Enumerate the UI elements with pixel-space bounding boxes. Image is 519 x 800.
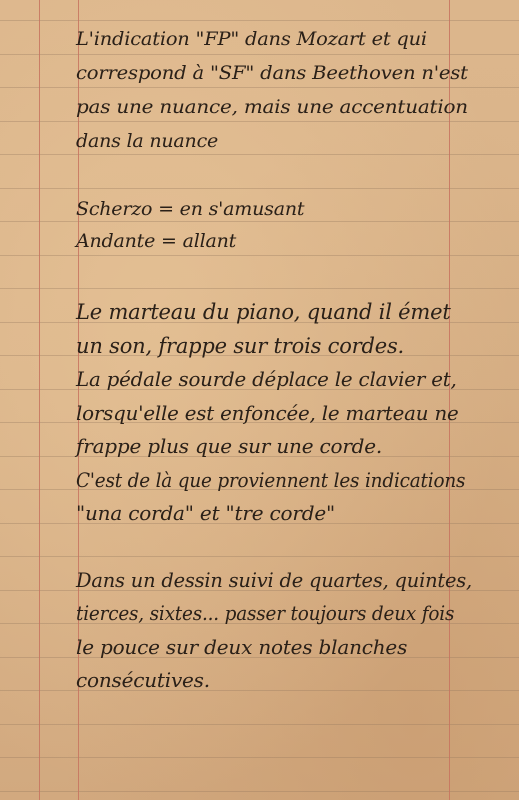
text-line: dans la nuance (76, 130, 218, 152)
text-line: un son, frappe sur trois cordes. (76, 334, 404, 358)
margin-line-right (449, 0, 450, 800)
text-line: le pouce sur deux notes blanches (76, 635, 407, 659)
text-line: Andante = allant (76, 230, 236, 252)
text-line: lorsqu'elle est enfoncée, le marteau ne (76, 401, 459, 425)
text-line: tierces, sixtes... passer toujours deux … (76, 601, 454, 625)
text-line: L'indication "FP" dans Mozart et qui (76, 28, 427, 50)
text-line: Scherzo = en s'amusant (76, 198, 304, 220)
text-line: pas une nuance, mais une accentuation (76, 96, 468, 118)
margin-line-left-outer (39, 0, 40, 800)
text-line: consécutives. (76, 668, 210, 692)
text-line: C'est de là que proviennent les indicati… (76, 468, 465, 492)
notebook-page: L'indication "FP" dans Mozart et qui cor… (0, 0, 519, 800)
text-line: La pédale sourde déplace le clavier et, (76, 367, 457, 391)
text-line: "una corda" et "tre corde" (76, 501, 335, 525)
text-line: correspond à "SF" dans Beethoven n'est (76, 62, 468, 84)
text-line: Dans un dessin suivi de quartes, quintes… (76, 568, 472, 592)
text-line: Le marteau du piano, quand il émet (76, 300, 451, 324)
text-line: frappe plus que sur une corde. (76, 434, 382, 458)
